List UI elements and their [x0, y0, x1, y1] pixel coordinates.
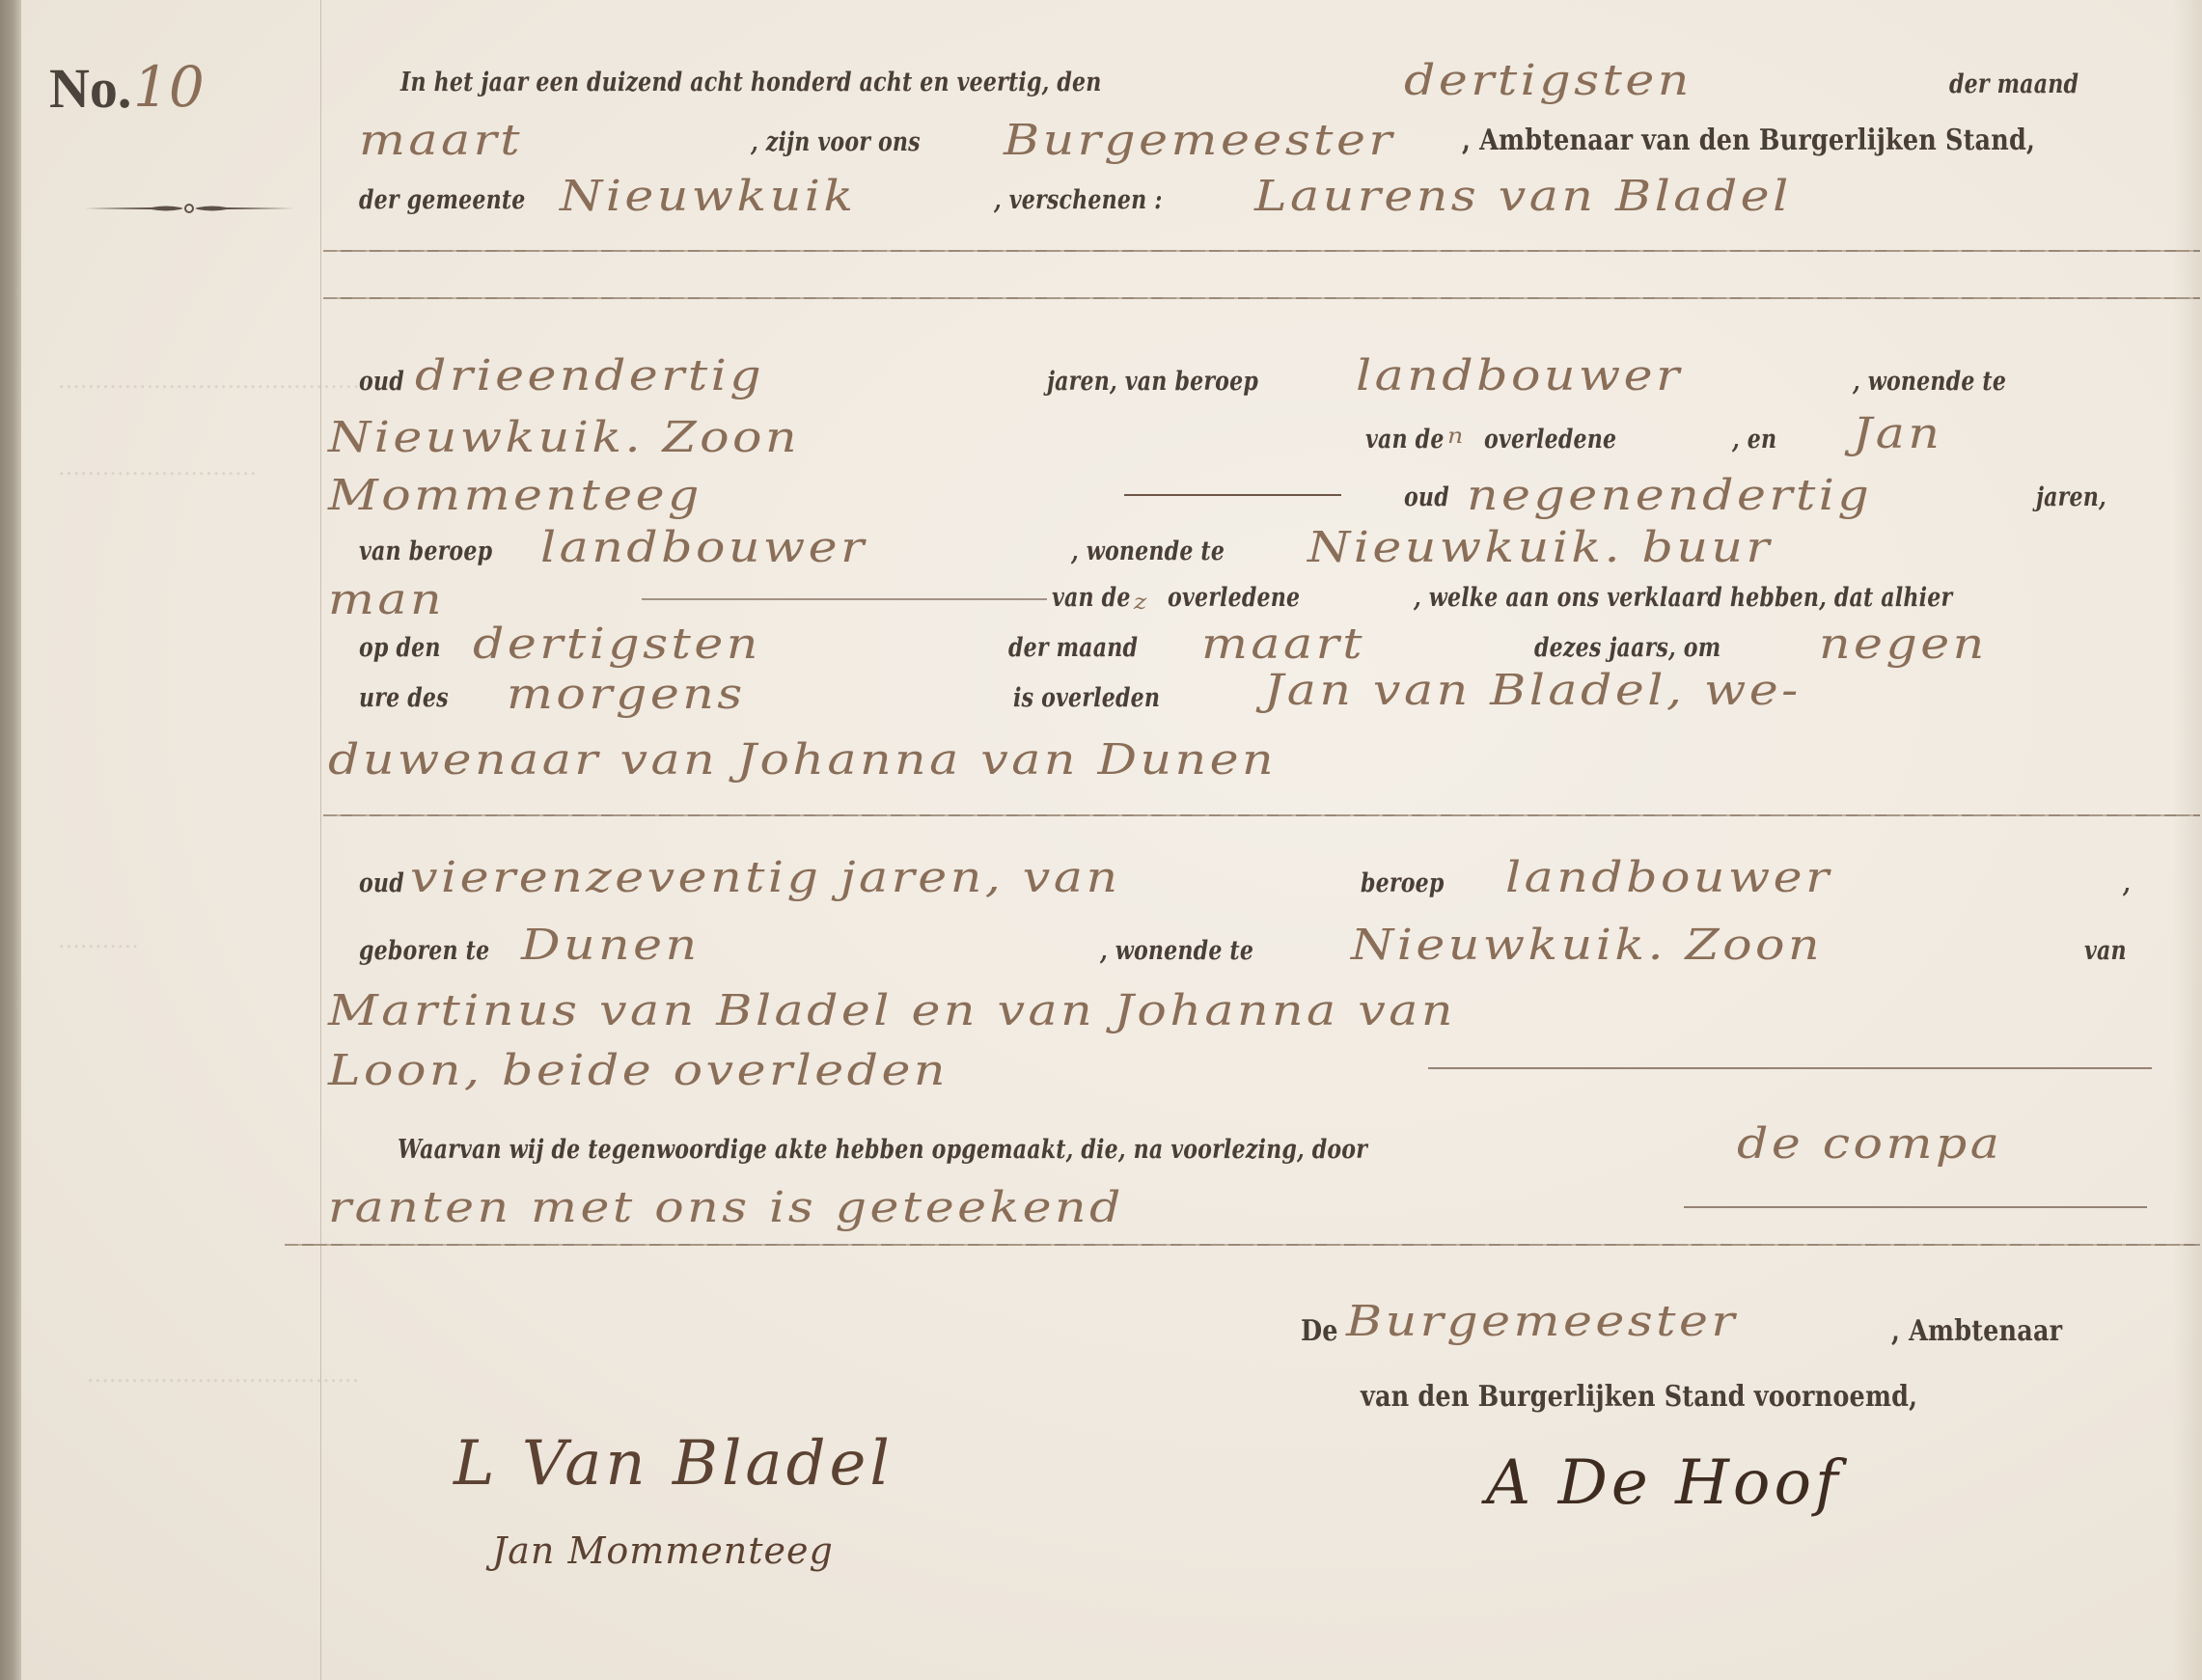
- printed-text: der gemeente: [359, 185, 525, 215]
- handwritten-parents-status: Loon, beide overleden: [328, 1046, 949, 1095]
- printed-text: , wonende te: [1071, 537, 1225, 566]
- printed-text: oud: [359, 367, 404, 397]
- margin-rule: [320, 0, 321, 1680]
- printed-text: ,: [2123, 868, 2131, 898]
- handwritten-suffix: z: [1134, 591, 1150, 615]
- handwritten-declarant-1: Laurens van Bladel: [1254, 172, 1792, 221]
- entry-number-value: 10: [133, 54, 205, 120]
- printed-text: Waarvan wij de tegenwoordige akte hebben…: [398, 1135, 1367, 1165]
- handwritten-suffix: n: [1447, 425, 1467, 449]
- printed-text: van de: [1052, 583, 1131, 613]
- section-rule: [323, 250, 2200, 252]
- handwritten-residence: Nieuwkuik. Zoon: [1351, 921, 1823, 970]
- printed-text: , Ambtenaar: [1891, 1314, 2062, 1348]
- ornament-divider-icon: [84, 203, 294, 214]
- printed-text: van de: [1365, 425, 1445, 454]
- printed-text: , wonende te: [1100, 936, 1253, 966]
- handwritten-occupation: landbouwer: [1505, 853, 1832, 902]
- handwritten-month: maart: [359, 116, 523, 165]
- handwritten-occupation: landbouwer: [1356, 351, 1683, 400]
- printed-text: oud: [359, 868, 404, 898]
- printed-text: , verschenen :: [994, 185, 1163, 215]
- bleed-through-text: ...........: [58, 926, 139, 953]
- handwritten-relation: man: [328, 575, 445, 624]
- section-rule: [323, 814, 2200, 816]
- handwritten-deceased-name: Jan van Bladel, we-: [1264, 666, 1802, 715]
- handwritten-birthplace: Dunen: [521, 921, 701, 970]
- handwritten-residence: Nieuwkuik. Zoon: [328, 413, 800, 462]
- signature-official: A De Hoof: [1486, 1447, 1842, 1519]
- printed-text: overledene: [1168, 583, 1300, 613]
- handwritten-declarant-2-first: Jan: [1853, 409, 1942, 458]
- printed-text: , wonende te: [1853, 367, 2006, 397]
- handwritten-signing-note: de compa: [1737, 1119, 2002, 1169]
- book-binding-edge: [0, 0, 21, 1680]
- printed-text: , welke aan ons verklaard hebben, dat al…: [1414, 583, 1952, 613]
- handwritten-age: drieendertig: [415, 351, 764, 400]
- handwritten-parents: Martinus van Bladel en van Johanna van: [328, 986, 1456, 1035]
- handwritten-hour: negen: [1819, 620, 1988, 669]
- register-page: [21, 0, 2202, 1680]
- handwritten-title: Burgemeester: [1346, 1297, 1738, 1346]
- printed-text: ure des: [359, 683, 449, 713]
- printed-text: jaren,: [2036, 482, 2106, 512]
- handwritten-day: dertigsten: [473, 620, 761, 669]
- handwritten-month: maart: [1201, 620, 1365, 669]
- printed-text: van: [2084, 936, 2127, 966]
- printed-text: In het jaar een duizend acht honderd ach…: [400, 68, 1102, 97]
- printed-text: jaren, van beroep: [1047, 367, 1258, 397]
- printed-text: , zijn voor ons: [751, 127, 921, 157]
- printed-text: is overleden: [1013, 683, 1160, 713]
- filler-dash: [1124, 494, 1341, 496]
- entry-number-label: No.: [49, 56, 131, 121]
- printed-text: der maand: [1949, 69, 2078, 99]
- printed-text: op den: [359, 633, 441, 663]
- bleed-through-text: ........................................…: [58, 367, 360, 394]
- filler-dash: [1428, 1067, 2152, 1069]
- printed-text: van den Burgerlijken Stand voornoemd,: [1361, 1380, 1917, 1414]
- filler-dash: [1684, 1206, 2147, 1208]
- handwritten-declarant-2-last: Mommenteeg: [328, 471, 702, 520]
- signature-declarant-2: Jan Mommenteeg: [492, 1529, 834, 1572]
- section-rule: [285, 1244, 2200, 1246]
- printed-text: De: [1301, 1314, 1338, 1348]
- handwritten-age: vierenzeventig jaren, van: [410, 853, 1121, 902]
- printed-text: dezes jaars, om: [1534, 633, 1720, 663]
- printed-text: oud: [1404, 482, 1449, 512]
- printed-text: overledene: [1484, 425, 1616, 454]
- handwritten-time-of-day: morgens: [507, 670, 746, 719]
- handwritten-title: Burgemeester: [1004, 116, 1395, 165]
- printed-text: geboren te: [359, 936, 489, 966]
- handwritten-municipality: Nieuwkuik: [560, 172, 856, 221]
- handwritten-residence: Nieuwkuik. buur: [1307, 523, 1773, 572]
- bleed-through-text: .....................................: [87, 1361, 359, 1388]
- signature-declarant-1: L Van Bladel: [454, 1428, 894, 1500]
- printed-text: van beroep: [359, 537, 492, 566]
- bleed-through-text: ...........................: [58, 454, 257, 481]
- printed-text: der maand: [1008, 633, 1138, 663]
- handwritten-occupation: landbouwer: [540, 523, 867, 572]
- page-edge-shadow: [2173, 0, 2202, 1680]
- handwritten-day: dertigsten: [1404, 56, 1693, 105]
- filler-dash: [642, 598, 1047, 600]
- printed-text: , en: [1732, 425, 1776, 454]
- printed-text: beroep: [1361, 868, 1445, 898]
- handwritten-signing-note: ranten met ons is geteekend: [328, 1183, 1124, 1232]
- handwritten-age: negenendertig: [1467, 471, 1872, 520]
- handwritten-spouse: duwenaar van Johanna van Dunen: [328, 735, 1277, 785]
- printed-text: , Ambtenaar van den Burgerlijken Stand,: [1462, 124, 2035, 157]
- section-rule: [323, 297, 2200, 299]
